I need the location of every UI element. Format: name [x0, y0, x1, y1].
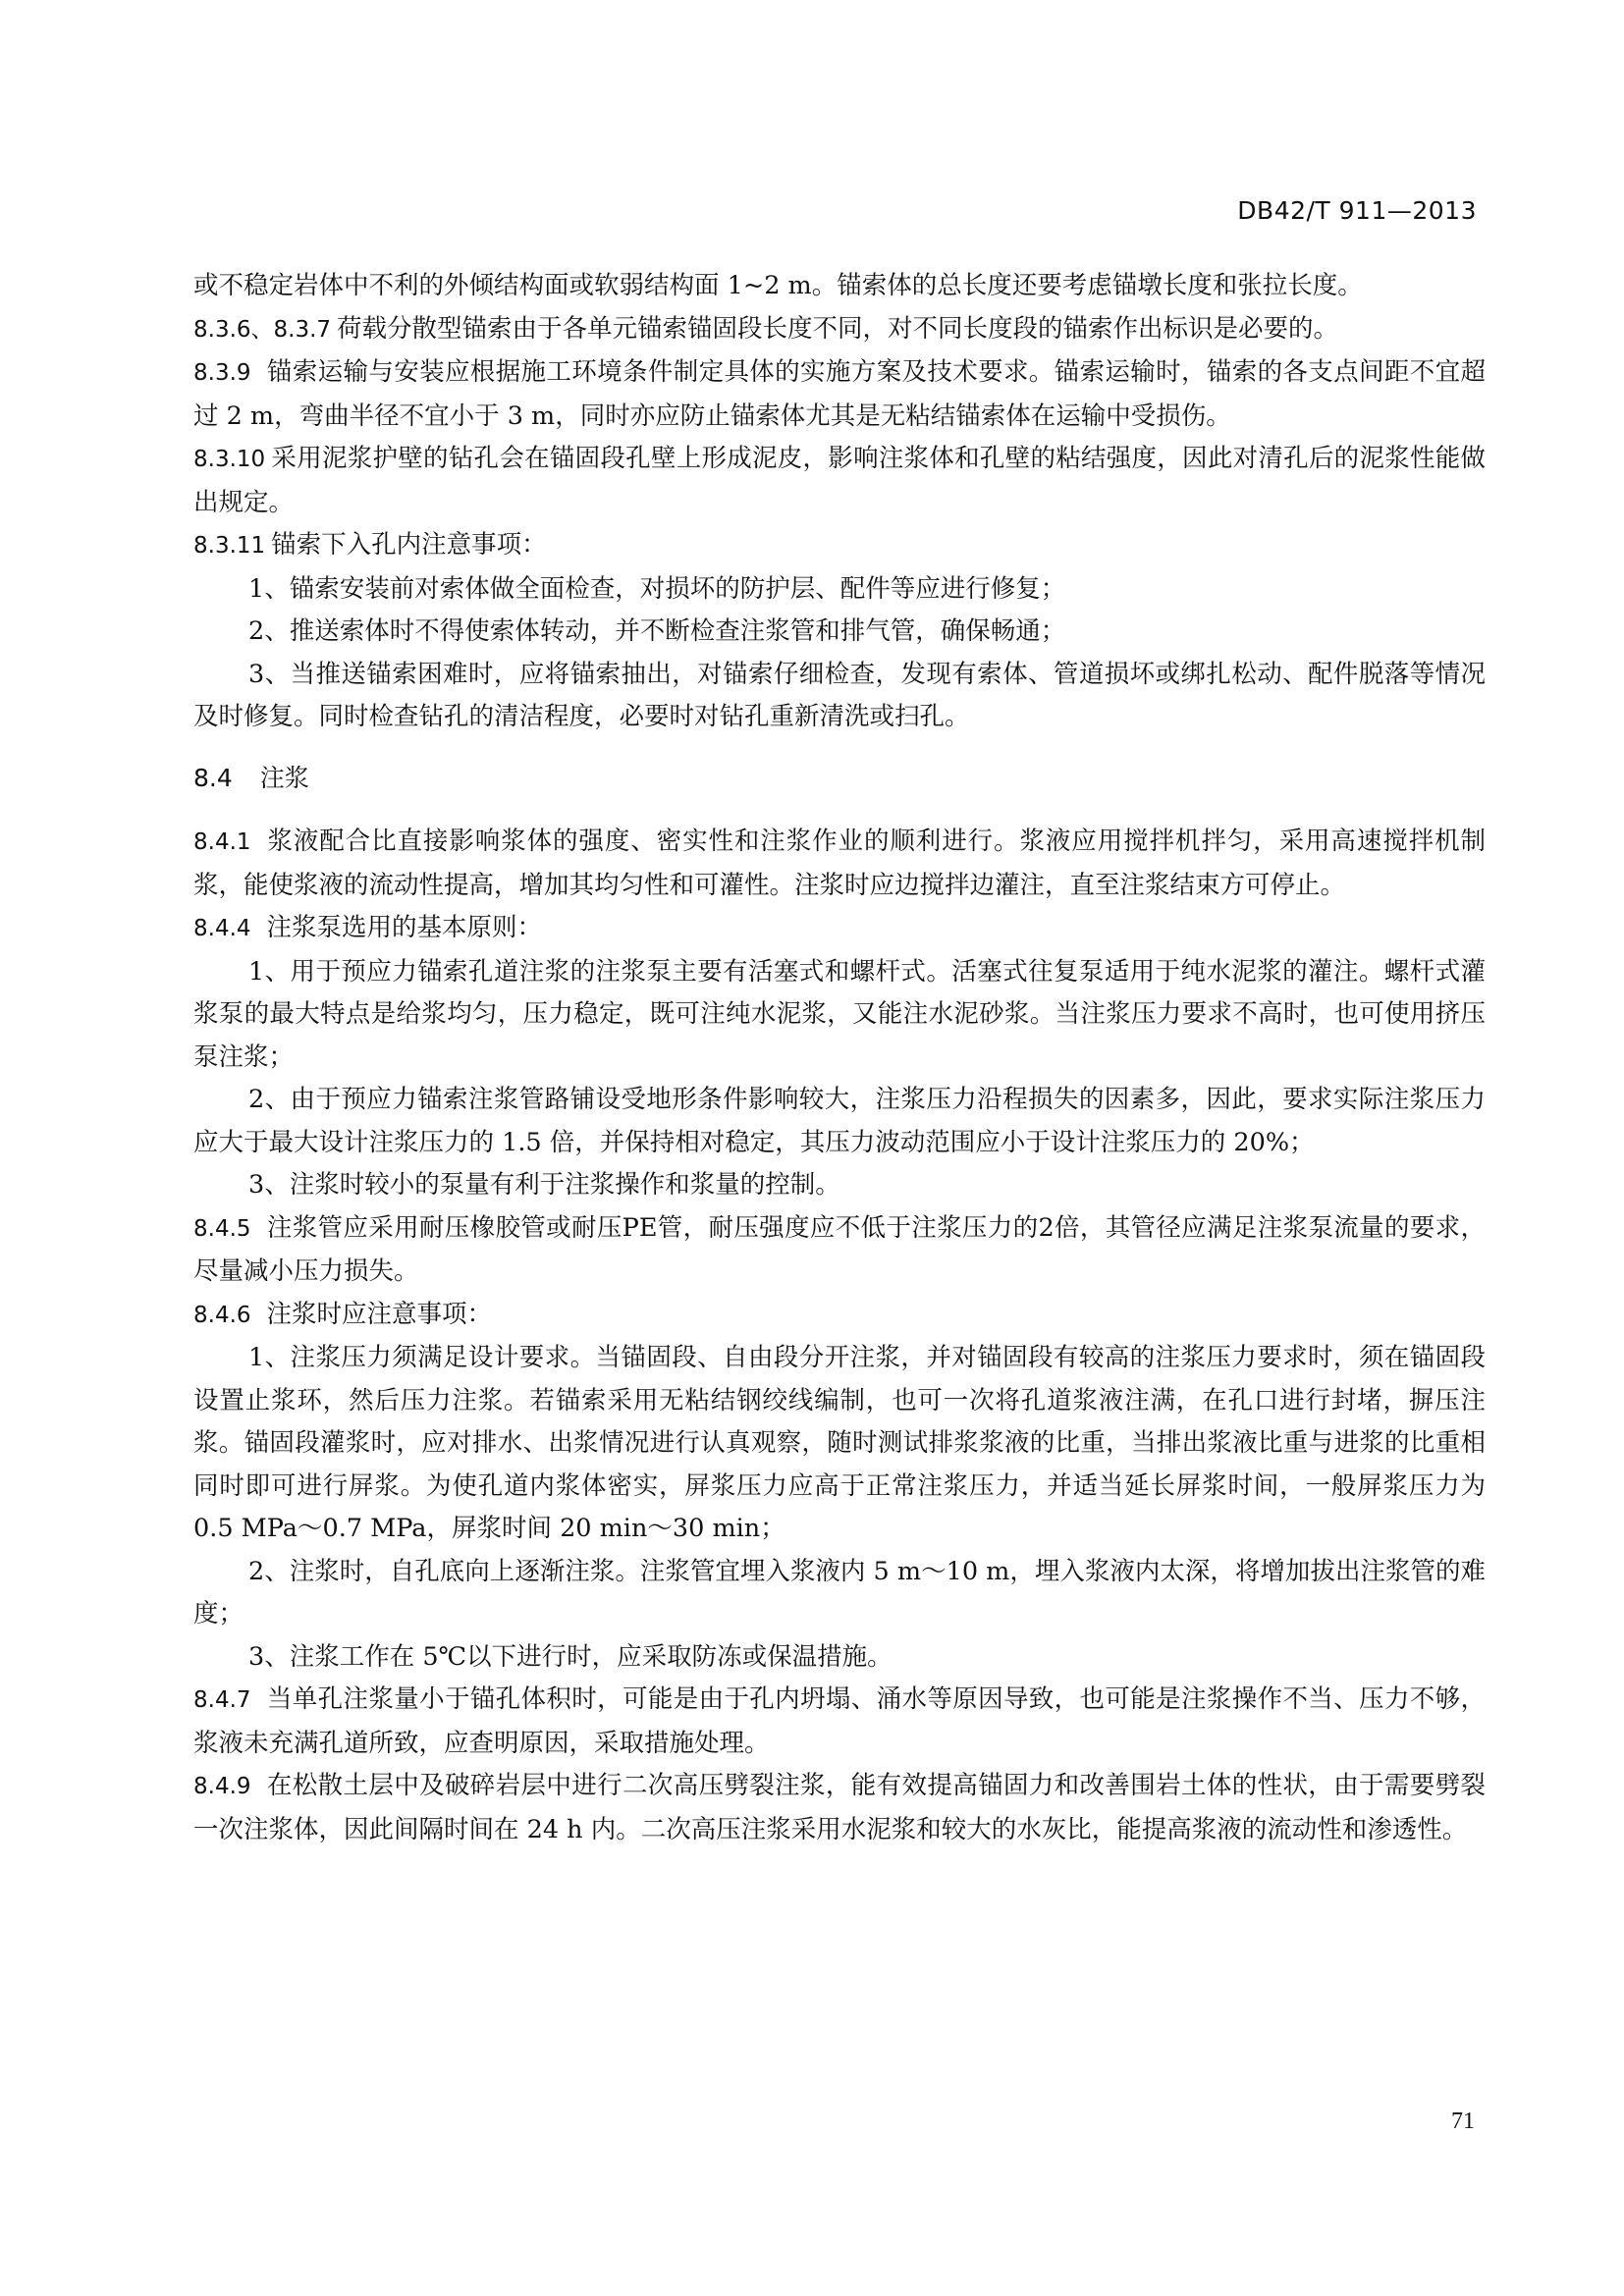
document-page: DB42/T 911—2013 或不稳定岩体中不利的外倾结构面或软弱结构面 1~… — [0, 0, 1624, 2296]
clause-number: 8.4.9 — [193, 1774, 251, 1799]
section-heading: 8.4注浆 — [193, 757, 1486, 800]
list-item: 1、用于预应力锚索孔道注浆的注浆泵主要有活塞式和螺杆式。活塞式往复泵适用于纯水泥… — [193, 951, 1486, 1080]
list-item: 2、注浆时，自孔底向上逐渐注浆。注浆管宜埋入浆液内 5 m～10 m，埋入浆液内… — [193, 1551, 1486, 1636]
document-body: 或不稳定岩体中不利的外倾结构面或软弱结构面 1~2 m。锚索体的总长度还要考虑锚… — [193, 265, 1486, 1851]
clause-8-3-6: 8.3.6、8.3.7荷载分散型锚索由于各单元锚索锚固段长度不同，对不同长度段的… — [193, 308, 1486, 352]
clause-8-3-10: 8.3.10采用泥浆护壁的钻孔会在锚固段孔壁上形成泥皮，影响注浆体和孔壁的粘结强… — [193, 438, 1486, 524]
clause-text: 荷载分散型锚索由于各单元锚索锚固段长度不同，对不同长度段的锚索作出标识是必要的。 — [337, 314, 1338, 344]
section-number: 8.4 — [193, 764, 233, 792]
clause-8-4-5: 8.4.5注浆管应采用耐压橡胶管或耐压PE管，耐压强度应不低于注浆压力的2倍，其… — [193, 1207, 1486, 1294]
clause-number: 8.4.4 — [193, 916, 251, 941]
list-item: 1、锚索安装前对索体做全面检查，对损坏的防护层、配件等应进行修复； — [193, 568, 1486, 612]
clause-text: 注浆管应采用耐压橡胶管或耐压PE管，耐压强度应不低于注浆压力的2倍，其管径应满足… — [193, 1213, 1486, 1287]
clause-8-3-9: 8.3.9锚索运输与安装应根据施工环境条件制定具体的实施方案及技术要求。锚索运输… — [193, 351, 1486, 438]
clause-number: 8.4.5 — [193, 1216, 251, 1242]
section-title: 注浆 — [260, 764, 309, 792]
clause-text: 在松散土层中及破碎岩层中进行二次高压劈裂注浆，能有效提高锚固力和改善围岩土体的性… — [193, 1771, 1486, 1844]
clause-text: 锚索运输与安装应根据施工环境条件制定具体的实施方案及技术要求。锚索运输时，锚索的… — [193, 357, 1486, 431]
paragraph-text: 或不稳定岩体中不利的外倾结构面或软弱结构面 1~2 m。锚索体的总长度还要考虑锚… — [193, 271, 1363, 300]
document-code: DB42/T 911—2013 — [1237, 196, 1477, 225]
clause-number: 8.4.1 — [193, 829, 251, 855]
clause-8-4-6: 8.4.6注浆时应注意事项： — [193, 1294, 1486, 1338]
clause-8-3-11: 8.3.11锚索下入孔内注意事项： — [193, 524, 1486, 568]
list-item: 3、当推送锚索困难时，应将锚索抽出，对锚索仔细检查，发现有索体、管道损坏或绑扎松… — [193, 654, 1486, 739]
list-item: 2、推送索体时不得使索体转动，并不断检查注浆管和排气管，确保畅通； — [193, 611, 1486, 654]
clause-text: 当单孔注浆量小于锚孔体积时，可能是由于孔内坍塌、涌水等原因导致，也可能是注浆操作… — [193, 1684, 1486, 1758]
clause-8-4-9: 8.4.9在松散土层中及破碎岩层中进行二次高压劈裂注浆，能有效提高锚固力和改善围… — [193, 1765, 1486, 1851]
clause-number: 8.4.7 — [193, 1687, 251, 1713]
page-number: 71 — [1451, 2109, 1475, 2135]
clause-8-4-7: 8.4.7当单孔注浆量小于锚孔体积时，可能是由于孔内坍塌、涌水等原因导致，也可能… — [193, 1679, 1486, 1765]
clause-number: 8.3.11 — [193, 533, 265, 559]
clause-number: 8.3.10 — [193, 447, 265, 472]
clause-text: 锚索下入孔内注意事项： — [271, 530, 547, 560]
clause-number: 8.4.6 — [193, 1303, 251, 1328]
clause-8-4-1: 8.4.1浆液配合比直接影响浆体的强度、密实性和注浆作业的顺利进行。浆液应用搅拌… — [193, 821, 1486, 907]
list-item: 2、由于预应力锚索注浆管路铺设受地形条件影响较大，注浆压力沿程损失的因素多，因此… — [193, 1079, 1486, 1164]
list-item: 3、注浆时较小的泵量有利于注浆操作和浆量的控制。 — [193, 1164, 1486, 1207]
clause-text: 注浆泵选用的基本原则： — [267, 913, 543, 942]
list-item: 3、注浆工作在 5℃以下进行时，应采取防冻或保温措施。 — [193, 1636, 1486, 1680]
clause-8-4-4: 8.4.4注浆泵选用的基本原则： — [193, 907, 1486, 951]
paragraph-continuation: 或不稳定岩体中不利的外倾结构面或软弱结构面 1~2 m。锚索体的总长度还要考虑锚… — [193, 265, 1486, 308]
clause-text: 注浆时应注意事项： — [267, 1300, 493, 1329]
list-item: 1、注浆压力须满足设计要求。当锚固段、自由段分开注浆，并对锚固段有较高的注浆压力… — [193, 1337, 1486, 1551]
clause-text: 采用泥浆护壁的钻孔会在锚固段孔壁上形成泥皮，影响注浆体和孔壁的粘结强度，因此对清… — [193, 444, 1486, 517]
clause-number: 8.3.9 — [193, 360, 251, 386]
clause-number: 8.3.6、8.3.7 — [193, 317, 331, 343]
clause-text: 浆液配合比直接影响浆体的强度、密实性和注浆作业的顺利进行。浆液应用搅拌机拌匀，采… — [193, 827, 1486, 900]
